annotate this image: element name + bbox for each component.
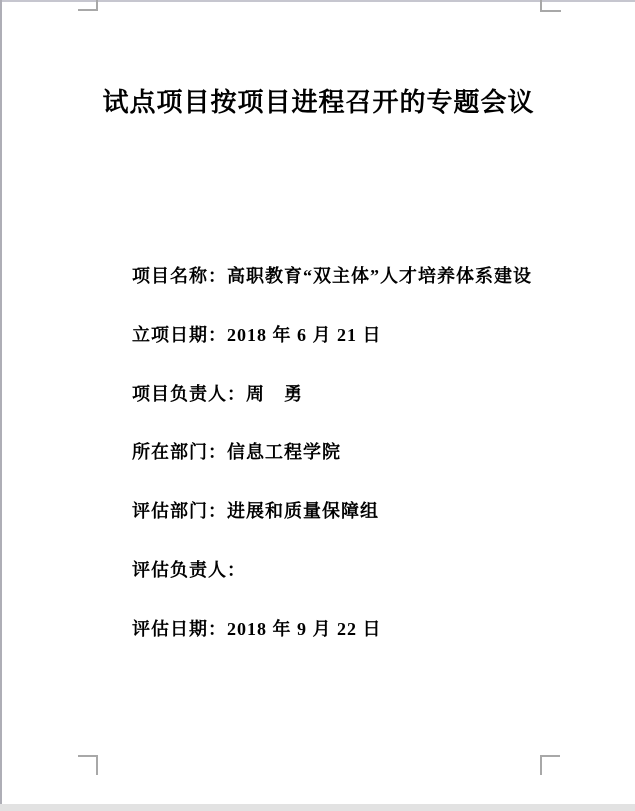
field-project-leader: 项目负责人：周 勇 [132,384,557,443]
field-project-name: 项目名称：高职教育“双主体”人才培养体系建设 [132,266,557,325]
word-document-page: { "document": { "title": "试点项目按项目进程召开的专题… [0,0,635,811]
crop-mark-top-right [540,0,561,12]
crop-mark-bottom-right [540,755,560,775]
field-evaluation-date: 评估日期：2018 年 9 月 22 日 [132,619,557,678]
document-title: 试点项目按项目进程召开的专题会议 [97,88,540,118]
page-left-edge [0,0,2,804]
background-below-page [0,804,635,811]
crop-mark-top-left [78,0,98,11]
crop-mark-bottom-left [78,755,98,775]
field-list: 项目名称：高职教育“双主体”人才培养体系建设 立项日期：2018 年 6 月 2… [132,266,557,678]
field-evaluation-dept: 评估部门：进展和质量保障组 [132,501,557,560]
field-department: 所在部门：信息工程学院 [132,442,557,501]
field-approval-date: 立项日期：2018 年 6 月 21 日 [132,325,557,384]
field-evaluation-lead: 评估负责人： [132,560,557,619]
